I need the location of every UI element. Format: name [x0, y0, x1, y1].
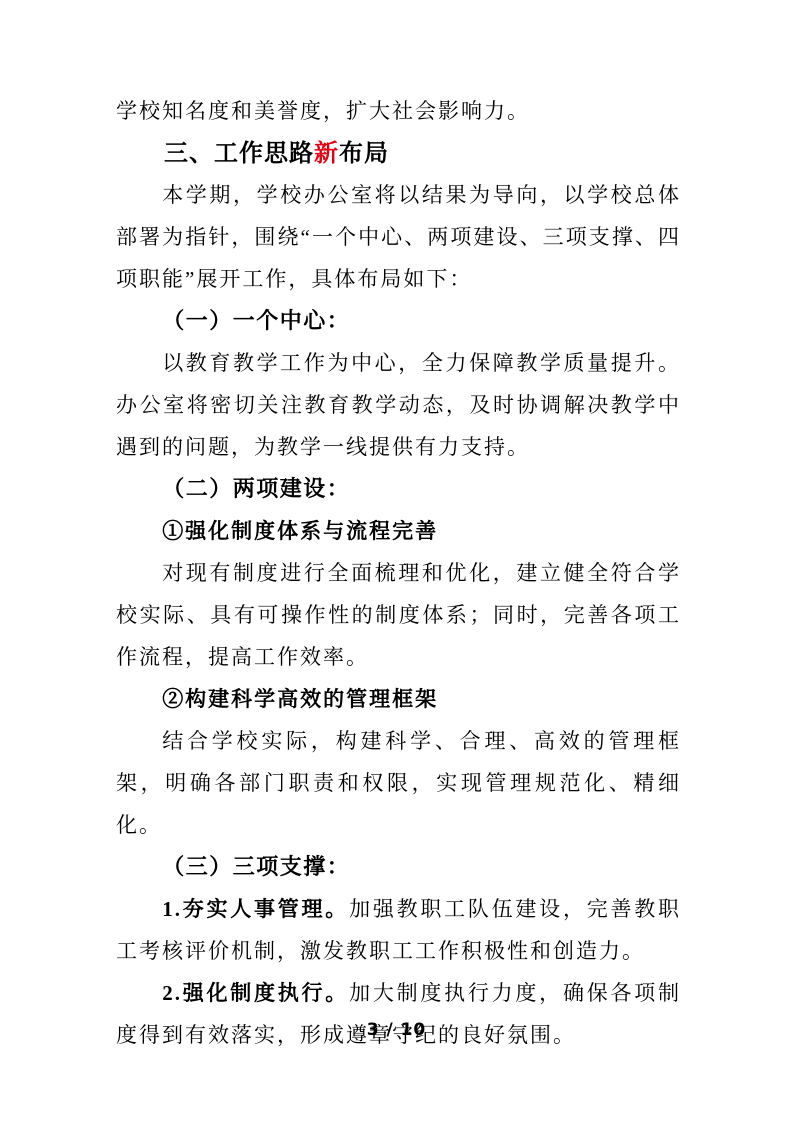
section-heading-pre: 三、工作思路: [164, 139, 314, 167]
construction-item-1-title: ①强化制度体系与流程完善: [116, 510, 681, 552]
subsection-two-heading: （二）两项建设：: [116, 468, 681, 510]
section-heading-highlight: 新: [314, 139, 339, 167]
subsection-one-heading: （一）一个中心：: [116, 300, 681, 342]
support-item-2-lead: 2.强化制度执行。: [162, 981, 349, 1005]
subsection-three-heading: （三）三项支撑：: [116, 846, 681, 888]
support-item-1-lead: 1.夯实人事管理。: [162, 897, 349, 921]
intro-paragraph: 本学期，学校办公室将以结果为导向，以学校总体部署为指针，围绕“一个中心、两项建设…: [116, 174, 681, 300]
support-item-2: 2.强化制度执行。加大制度执行力度，确保各项制度得到有效落实，形成遵章守纪的良好…: [116, 972, 681, 1056]
support-item-1: 1.夯实人事管理。加强教职工队伍建设，完善教职工考核评价机制，激发教职工工作积极…: [116, 888, 681, 972]
construction-item-2-body: 结合学校实际，构建科学、合理、高效的管理框架，明确各部门职责和权限，实现管理规范…: [116, 720, 681, 846]
section-heading-post: 布局: [339, 139, 389, 167]
continuation-paragraph: 学校知名度和美誉度，扩大社会影响力。: [116, 90, 681, 132]
construction-item-2-title: ②构建科学高效的管理框架: [116, 678, 681, 720]
center-paragraph: 以教育教学工作为中心，全力保障教学质量提升。办公室将密切关注教育教学动态，及时协…: [116, 342, 681, 468]
page-number: 3 / 10: [0, 1020, 793, 1040]
section-heading: 三、工作思路新布局: [116, 132, 681, 174]
construction-item-1-body: 对现有制度进行全面梳理和优化，建立健全符合学校实际、具有可操作性的制度体系；同时…: [116, 552, 681, 678]
document-page: 学校知名度和美誉度，扩大社会影响力。 三、工作思路新布局 本学期，学校办公室将以…: [0, 0, 793, 1122]
